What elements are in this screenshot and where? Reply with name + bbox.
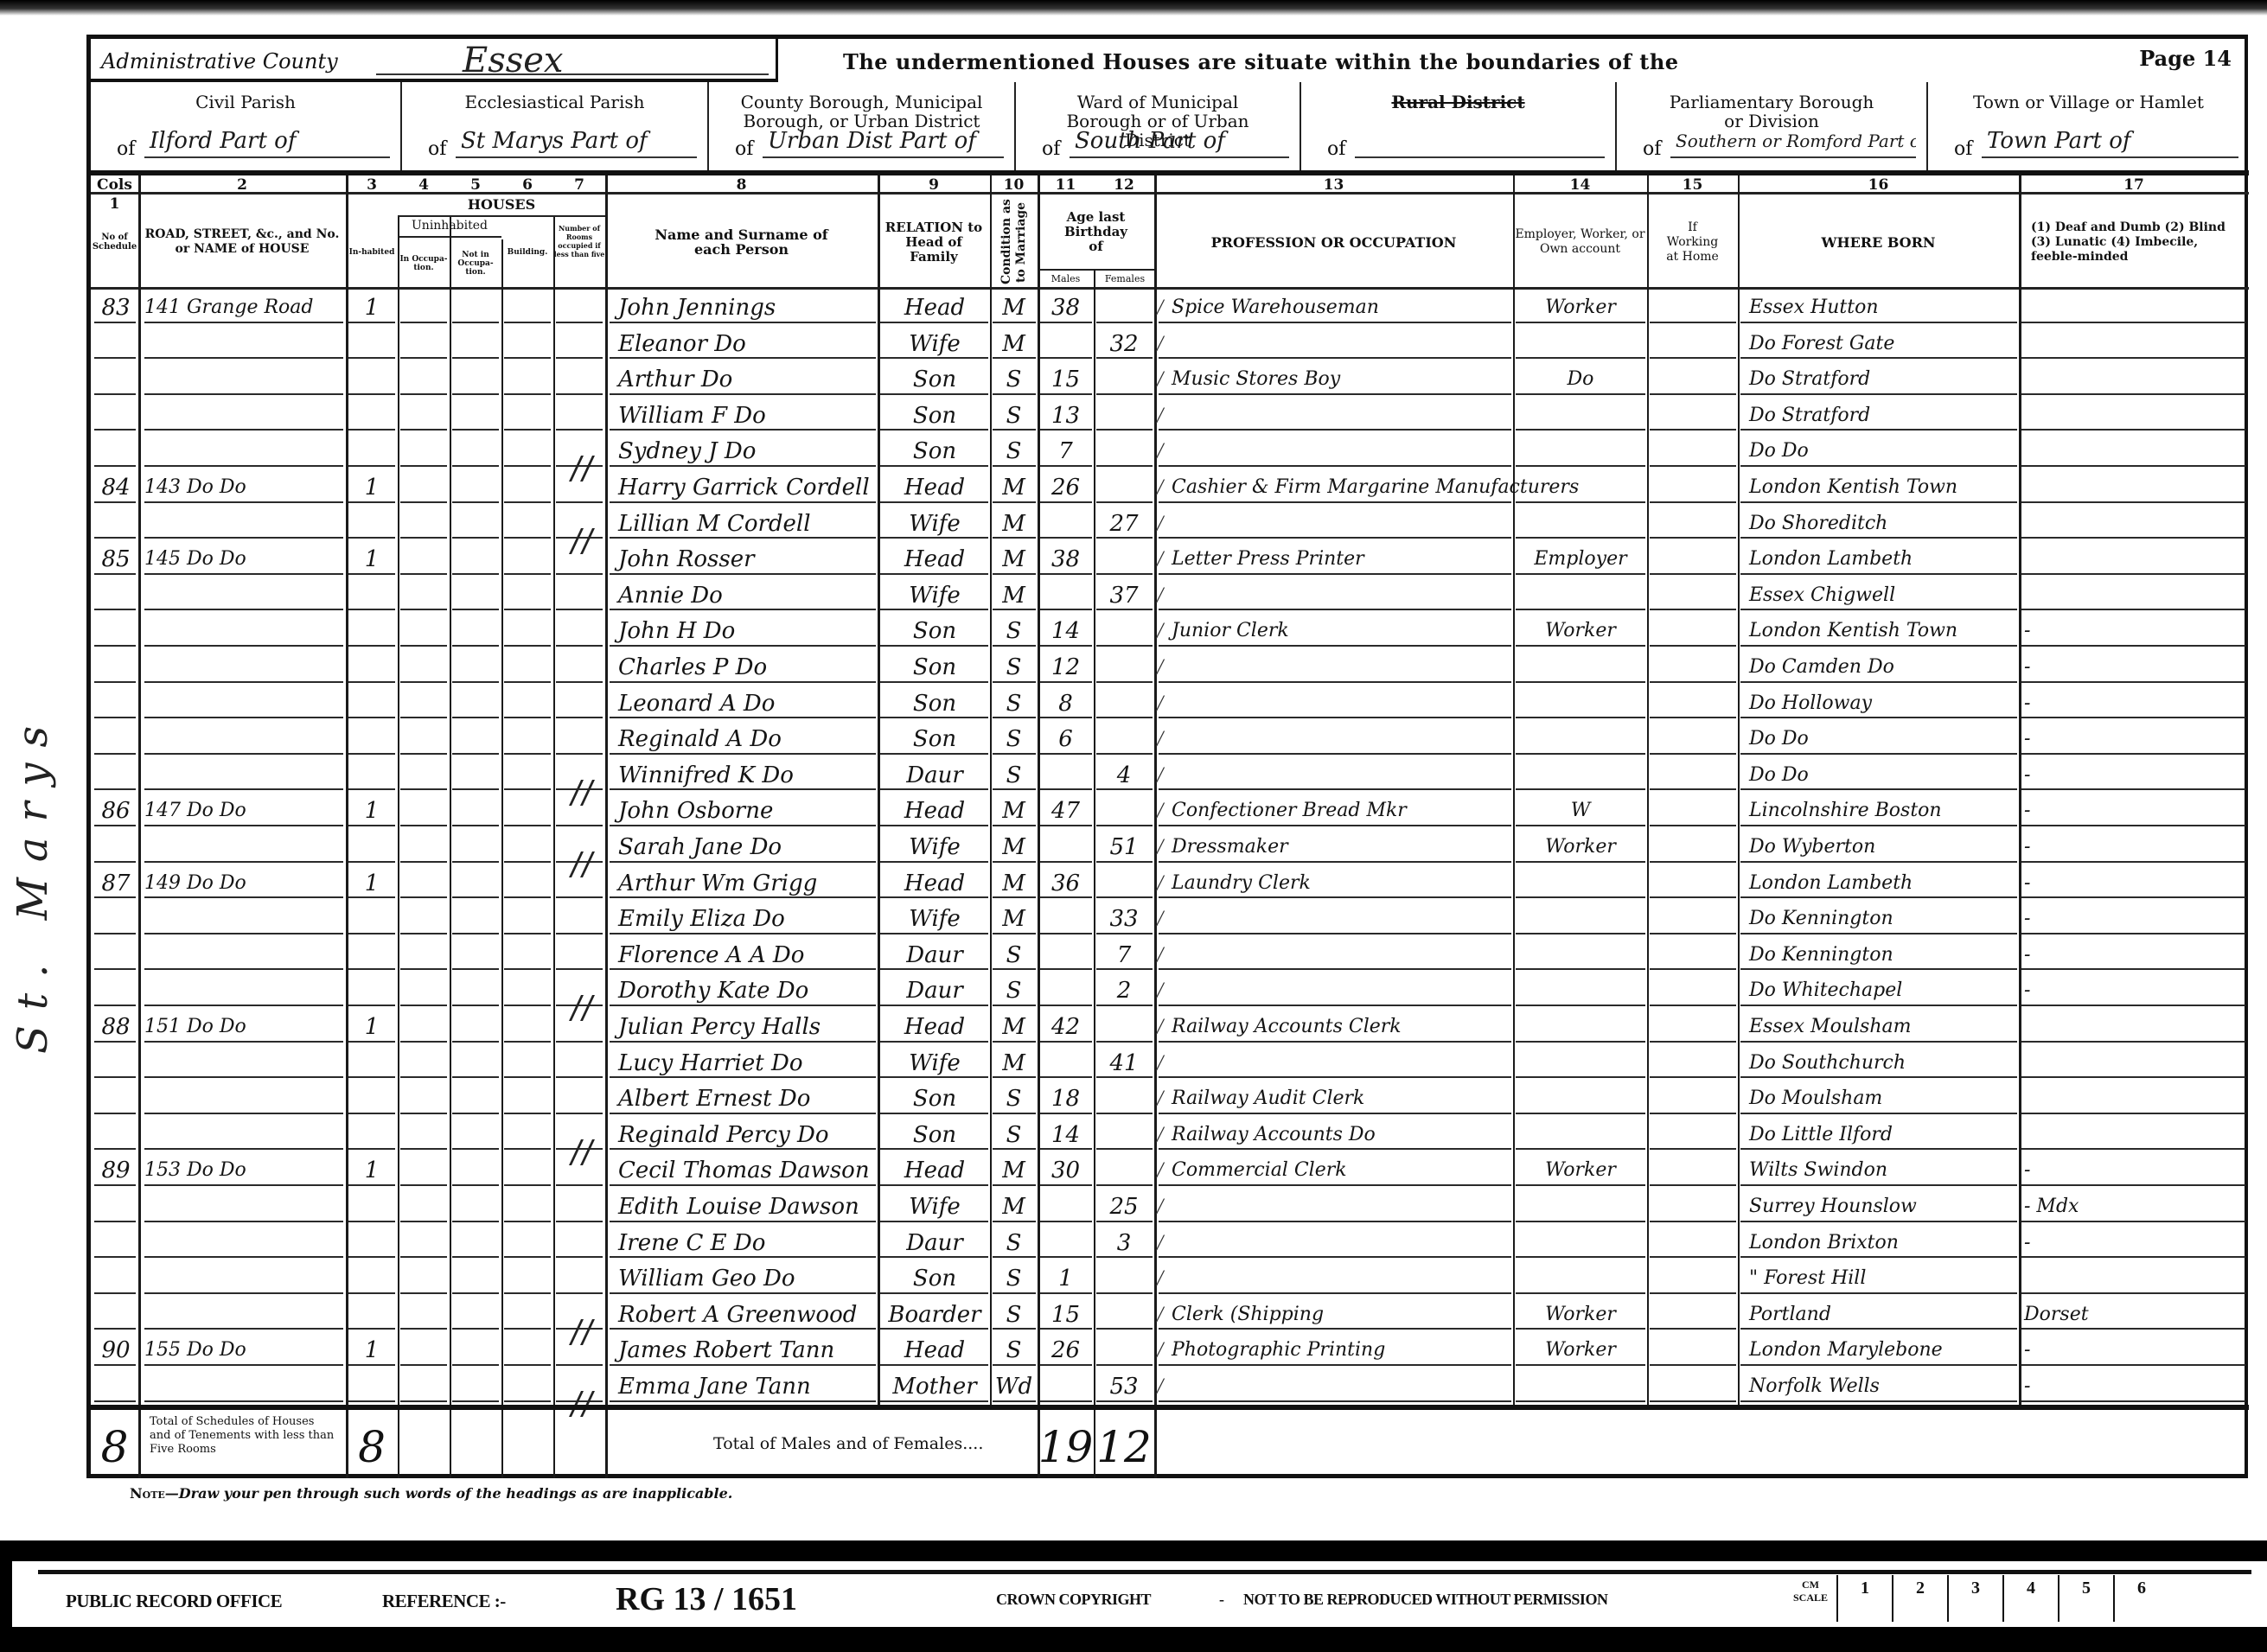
col-number: 5 [450, 175, 501, 195]
infirmity: - [2024, 686, 2245, 722]
of-label: of [1643, 138, 1661, 160]
person-name: Reginald A Do [618, 721, 876, 757]
total-males: 19 [1038, 1417, 1094, 1477]
col-number: 4 [398, 175, 450, 195]
ruled-line [400, 717, 447, 718]
table-row: 88151 Do Do1Julian Percy HallsHeadM42Rai… [91, 1009, 2249, 1045]
female-age [1094, 1009, 1154, 1045]
employment-status: Worker [1516, 829, 1645, 865]
ruled-line [504, 1364, 551, 1366]
table-row: Edith Louise DawsonWifeM25Surrey Hounslo… [91, 1189, 2249, 1225]
schedule-number: 83 [94, 290, 137, 326]
ruled-line [400, 429, 447, 431]
infirmity: - [2024, 793, 2245, 829]
table-row: Charles P DoSonS12Do Camden Do-/ [91, 649, 2249, 686]
ruled-line [1650, 1256, 1736, 1258]
ruled-line [452, 1184, 499, 1186]
marital-condition: M [990, 1189, 1038, 1225]
table-row: Eleanor DoWifeM32Do Forest Gate/ [91, 326, 2249, 362]
ruled-line [1650, 1005, 1736, 1006]
schedule-number [94, 1260, 137, 1297]
person-name: Lillian M Cordell [618, 506, 876, 542]
ruled-line [400, 681, 447, 683]
ruled-line [1650, 465, 1736, 467]
infirmity: - [2024, 721, 2245, 757]
relation-to-head: Wife [882, 577, 987, 614]
female-age: 53 [1094, 1368, 1154, 1405]
occupation [1172, 1045, 1513, 1081]
ruled-line [504, 1113, 551, 1114]
employment-status: Worker [1516, 290, 1645, 326]
ruled-line [452, 1005, 499, 1006]
col-number: 2 [138, 175, 346, 195]
ruled-line [1650, 1148, 1736, 1150]
table-row: William Geo DoSonS1" Forest Hill/ [91, 1260, 2249, 1297]
ruled-line [400, 753, 447, 755]
check-mark: / [1157, 1225, 1163, 1261]
infirmity: Dorset [2024, 1297, 2245, 1333]
birthplace: Essex Hutton [1749, 290, 2017, 326]
infirmity: - [2024, 829, 2245, 865]
ruled-line [1650, 933, 1736, 934]
occupation: Letter Press Printer [1172, 541, 1513, 577]
town-heading: Town or Village or Hamlet [1928, 92, 2249, 112]
schedule-number [94, 506, 137, 542]
footer-strip: PUBLIC RECORD OFFICE REFERENCE :- RG 13 … [12, 1561, 2267, 1627]
ruled-line [452, 322, 499, 323]
employment-status [1516, 865, 1645, 902]
ruled-line [1650, 573, 1736, 575]
person-name: Dorothy Kate Do [618, 973, 876, 1009]
male-age: 15 [1038, 1297, 1094, 1333]
female-age [1094, 649, 1154, 686]
inhabited-count [346, 1297, 398, 1333]
occupation [1172, 326, 1513, 362]
marital-condition: S [990, 1117, 1038, 1153]
header-name: Name and Surname of each Person [605, 195, 878, 290]
infirmity [2024, 290, 2245, 326]
ruled-line [400, 1400, 447, 1402]
ruled-line [1650, 681, 1736, 683]
schedule-number [94, 901, 137, 937]
marital-condition: S [990, 361, 1038, 398]
col-number: 12 [1094, 175, 1154, 195]
marital-condition: M [990, 829, 1038, 865]
inhabited-count: 1 [346, 793, 398, 829]
table-row: 86147 Do Do1John OsborneHeadM47Confectio… [91, 793, 2249, 829]
header-inhabited: In-habited [346, 217, 398, 288]
ruled-line [556, 1292, 603, 1294]
schedule-number: 85 [94, 541, 137, 577]
inhabited-count [346, 1117, 398, 1153]
female-age [1094, 1117, 1154, 1153]
male-age [1038, 829, 1094, 865]
road-address [144, 829, 343, 865]
of-label: of [1042, 138, 1060, 160]
total-females: 12 [1094, 1417, 1154, 1477]
female-age: 37 [1094, 577, 1154, 614]
county-underline [376, 73, 769, 75]
male-age: 14 [1038, 1117, 1094, 1153]
relation-to-head: Son [882, 1117, 987, 1153]
ruled-line [1650, 537, 1736, 539]
ruled-line [504, 1400, 551, 1402]
footer-reference: RG 13 / 1651 [616, 1580, 797, 1618]
birthplace: Do Whitechapel [1749, 973, 2017, 1009]
inhabited-count [346, 757, 398, 794]
schedule-number [94, 577, 137, 614]
ruled-line [452, 501, 499, 503]
ruled-line [400, 1364, 447, 1366]
of-label: of [735, 138, 753, 160]
relation-to-head: Son [882, 649, 987, 686]
ruled-line [1650, 322, 1736, 323]
employment-status [1516, 433, 1645, 469]
table-row: Arthur DoSonS15Music Stores BoyDoDo Stra… [91, 361, 2249, 398]
col-number: 16 [1738, 175, 2019, 195]
birthplace: Do Do [1749, 757, 2017, 794]
note-prefix: Note [130, 1485, 165, 1502]
check-mark: / [1157, 1152, 1163, 1189]
female-age: 4 [1094, 757, 1154, 794]
inhabited-count: 1 [346, 469, 398, 506]
ruled-line [452, 753, 499, 755]
male-age: 18 [1038, 1081, 1094, 1117]
person-name: Arthur Wm Grigg [618, 865, 876, 902]
ruled-line [556, 645, 603, 647]
ruled-line [400, 861, 447, 863]
road-address [144, 1260, 343, 1297]
ruled-line [452, 1148, 499, 1150]
check-mark: / [1157, 937, 1163, 973]
employment-status: W [1516, 793, 1645, 829]
person-name: Eleanor Do [618, 326, 876, 362]
ruled-line [504, 788, 551, 790]
ruled-line [504, 357, 551, 359]
male-age: 42 [1038, 1009, 1094, 1045]
ruled-line [556, 1256, 603, 1258]
inhabited-count: 1 [346, 1152, 398, 1189]
infirmity [2024, 1117, 2245, 1153]
footer-reference-label: REFERENCE :- [382, 1591, 506, 1612]
administrative-county-value: Essex [463, 41, 563, 80]
ruled-line [556, 609, 603, 610]
road-address [144, 1081, 343, 1117]
road-address [144, 398, 343, 434]
birthplace: London Kentish Town [1749, 469, 2017, 506]
occupation [1172, 686, 1513, 722]
birthplace: Essex Moulsham [1749, 1009, 2017, 1045]
female-age: 41 [1094, 1045, 1154, 1081]
check-mark: / [1157, 613, 1163, 649]
note-text: —Draw your pen through such words of the… [165, 1485, 733, 1502]
page-number: Page 14 [2139, 46, 2232, 71]
birthplace: London Lambeth [1749, 541, 2017, 577]
birthplace: Surrey Hounslow [1749, 1189, 2017, 1225]
employment-status [1516, 1081, 1645, 1117]
inhabited-count [346, 506, 398, 542]
male-age: 30 [1038, 1152, 1094, 1189]
person-name: Sarah Jane Do [618, 829, 876, 865]
check-mark: / [1157, 721, 1163, 757]
check-mark: / [1157, 829, 1163, 865]
marital-condition: S [990, 433, 1038, 469]
inhabited-count [346, 686, 398, 722]
archive-footer: PUBLIC RECORD OFFICE REFERENCE :- RG 13 … [0, 1540, 2267, 1652]
road-address: 141 Grange Road [144, 290, 343, 326]
occupation: Spice Warehouseman [1172, 290, 1513, 326]
marital-condition: M [990, 506, 1038, 542]
relation-to-head: Daur [882, 973, 987, 1009]
employment-status [1516, 1045, 1645, 1081]
scale-mark: 2 [1892, 1575, 1947, 1622]
parliamentary-borough-value: Southern or Romford Part of [1670, 124, 1916, 158]
of-label: of [1954, 138, 1972, 160]
occupation: Clerk (Shipping [1172, 1297, 1513, 1333]
infirmity: - [2024, 865, 2245, 902]
male-age [1038, 506, 1094, 542]
person-name: Lucy Harriet Do [618, 1045, 876, 1081]
ruled-line [452, 1041, 499, 1043]
ruled-line [400, 573, 447, 575]
relation-to-head: Son [882, 613, 987, 649]
administrative-county-label: Administrative County [101, 49, 338, 73]
of-label: of [428, 138, 446, 160]
female-age [1094, 1260, 1154, 1297]
check-mark: / [1157, 290, 1163, 326]
ruled-line [556, 896, 603, 898]
birthplace: London Kentish Town [1749, 613, 2017, 649]
relation-to-head: Wife [882, 506, 987, 542]
check-mark: / [1157, 1260, 1163, 1297]
female-age [1094, 433, 1154, 469]
employment-status [1516, 1117, 1645, 1153]
male-age [1038, 757, 1094, 794]
female-age [1094, 1332, 1154, 1368]
male-age: 8 [1038, 686, 1094, 722]
check-mark: / [1157, 577, 1163, 614]
birthplace: Do Stratford [1749, 398, 2017, 434]
ruled-line [452, 717, 499, 718]
ruled-line [556, 1221, 603, 1222]
female-age [1094, 686, 1154, 722]
schedule-number: 88 [94, 1009, 137, 1045]
ward-value: South Part of [1070, 124, 1289, 158]
road-address: 151 Do Do [144, 1009, 343, 1045]
table-row: 87149 Do Do1Arthur Wm GriggHeadM36Laundr… [91, 865, 2249, 902]
male-age: 7 [1038, 433, 1094, 469]
relation-to-head: Boarder [882, 1297, 987, 1333]
occupation: Railway Accounts Do [1172, 1117, 1513, 1153]
header-females: Females [1094, 269, 1154, 288]
ruled-line [1650, 393, 1736, 395]
relation-to-head: Son [882, 398, 987, 434]
ruled-line [556, 825, 603, 826]
marital-condition: M [990, 793, 1038, 829]
table-row: Leonard A DoSonS8Do Holloway-/ [91, 686, 2249, 722]
birthplace: Do Do [1749, 433, 2017, 469]
ruled-line [504, 968, 551, 970]
infirmity [2024, 506, 2245, 542]
infirmity [2024, 398, 2245, 434]
ruled-line [452, 465, 499, 467]
birthplace: Do Wyberton [1749, 829, 2017, 865]
schedule-number [94, 361, 137, 398]
person-name: Robert A Greenwood [618, 1297, 876, 1333]
inhabited-count: 1 [346, 290, 398, 326]
col-number: 10 [990, 175, 1038, 195]
male-age: 38 [1038, 290, 1094, 326]
infirmity: - [2024, 757, 2245, 794]
check-mark: / [1157, 793, 1163, 829]
header-schedule: No of Schedule [91, 195, 138, 290]
ruled-line [504, 1005, 551, 1006]
marital-condition: S [990, 937, 1038, 973]
male-age: 14 [1038, 613, 1094, 649]
ruled-line [400, 393, 447, 395]
inhabited-count: 1 [346, 1009, 398, 1045]
total-males-females-label: Total of Males and of Females.... [713, 1434, 983, 1453]
ruled-line [556, 393, 603, 395]
schedule-number: 90 [94, 1332, 137, 1368]
ruled-line [1650, 501, 1736, 503]
inhabited-count [346, 577, 398, 614]
person-name: John Jennings [618, 290, 876, 326]
col-number: 6 [501, 175, 553, 195]
schedule-number: 89 [94, 1152, 137, 1189]
occupation: Railway Audit Clerk [1172, 1081, 1513, 1117]
table-row: 90155 Do Do1James Robert TannHeadS26Phot… [91, 1332, 2249, 1368]
ruled-line [452, 393, 499, 395]
schedule-number [94, 398, 137, 434]
relation-to-head: Son [882, 721, 987, 757]
infirmity: - [2024, 973, 2245, 1009]
female-age: 2 [1094, 973, 1154, 1009]
schedule-number [94, 829, 137, 865]
header-building: Building. [501, 217, 553, 288]
ruled-line [504, 1292, 551, 1294]
male-age [1038, 577, 1094, 614]
female-age [1094, 469, 1154, 506]
ruled-line [1650, 1184, 1736, 1186]
table-row: Albert Ernest DoSonS18Railway Audit Cler… [91, 1081, 2249, 1117]
parish-band: Civil Parish of Ilford Part of Ecclesias… [91, 82, 2249, 175]
inhabited-count [346, 398, 398, 434]
ruled-line [556, 1076, 603, 1078]
table-row: 83141 Grange Road1John JenningsHeadM38Sp… [91, 290, 2249, 326]
ruled-line [400, 537, 447, 539]
footer-rule [38, 1570, 2251, 1574]
employment-status [1516, 686, 1645, 722]
header-at-home: If Working at Home [1647, 195, 1738, 290]
col-number: 17 [2019, 175, 2249, 195]
employment-status [1516, 901, 1645, 937]
birthplace: Do Holloway [1749, 686, 2017, 722]
ruled-line [556, 322, 603, 323]
table-row: 89153 Do Do1Cecil Thomas DawsonHeadM30Co… [91, 1152, 2249, 1189]
ruled-line [400, 1328, 447, 1330]
check-mark: / [1157, 361, 1163, 398]
town-value: Town Part of [1982, 124, 2238, 158]
road-address [144, 937, 343, 973]
person-name: William Geo Do [618, 1260, 876, 1297]
ruled-line [452, 645, 499, 647]
person-name: Emily Eliza Do [618, 901, 876, 937]
marital-condition: S [990, 973, 1038, 1009]
margin-annotation: St. Marys [9, 657, 69, 1107]
scale-mark: 3 [1947, 1575, 2002, 1622]
relation-to-head: Wife [882, 326, 987, 362]
ruled-line [556, 501, 603, 503]
ruled-line [556, 968, 603, 970]
table-row: Winnifred K DoDaurS4Do Do-/ [91, 757, 2249, 794]
ruled-line [400, 968, 447, 970]
schedule-number [94, 1368, 137, 1405]
ruled-line [452, 573, 499, 575]
of-label: of [117, 138, 135, 160]
header-employer: Employer, Worker, or Own account [1513, 195, 1647, 290]
inhabited-count [346, 1045, 398, 1081]
ward: Ward of Municipal Borough or of Urban Di… [1016, 82, 1301, 170]
road-address [144, 1117, 343, 1153]
inhabited-count [346, 829, 398, 865]
female-age: 27 [1094, 506, 1154, 542]
header-rooms: Number of Rooms occupied if less than fi… [553, 195, 605, 288]
scale-label: CM SCALE [1793, 1579, 1828, 1604]
ruled-line [1650, 896, 1736, 898]
total-houses: 8 [346, 1417, 398, 1477]
marital-condition: M [990, 469, 1038, 506]
occupation [1172, 937, 1513, 973]
county-borough: County Borough, Municipal Borough, or Ur… [709, 82, 1016, 170]
ruled-line [1650, 1364, 1736, 1366]
civil-parish: Civil Parish of Ilford Part of [91, 82, 402, 170]
inhabited-count [346, 433, 398, 469]
employment-status [1516, 1009, 1645, 1045]
ruled-line [452, 1364, 499, 1366]
female-age [1094, 721, 1154, 757]
birthplace: Lincolnshire Boston [1749, 793, 2017, 829]
inhabited-count [346, 1368, 398, 1405]
road-address: 147 Do Do [144, 793, 343, 829]
ruled-line [504, 896, 551, 898]
employment-status [1516, 937, 1645, 973]
inhabited-count: 1 [346, 1332, 398, 1368]
male-age: 26 [1038, 1332, 1094, 1368]
ecclesiastical-parish-value: St Marys Part of [456, 124, 697, 158]
female-age [1094, 361, 1154, 398]
header-relation: RELATION to Head of Family [878, 195, 990, 290]
infirmity [2024, 433, 2245, 469]
civil-parish-heading: Civil Parish [91, 92, 400, 112]
employment-status [1516, 506, 1645, 542]
relation-to-head: Head [882, 290, 987, 326]
birthplace: Norfolk Wells [1749, 1368, 2017, 1405]
table-row: Reginald A DoSonS6Do Do-/ [91, 721, 2249, 757]
ruled-line [556, 1364, 603, 1366]
county-band: Administrative County Essex The undermen… [91, 39, 2249, 82]
check-mark: / [1157, 1189, 1163, 1225]
header-age: Age last Birthday of [1038, 195, 1154, 269]
employment-status: Do [1516, 361, 1645, 398]
ruled-line [1650, 1221, 1736, 1222]
schedule-number [94, 937, 137, 973]
infirmity: - [2024, 649, 2245, 686]
birthplace: Do Moulsham [1749, 1081, 2017, 1117]
road-address [144, 649, 343, 686]
road-address [144, 1225, 343, 1261]
houses-group: HOUSES In-habited Uninhabited In Occupa-… [346, 195, 605, 290]
